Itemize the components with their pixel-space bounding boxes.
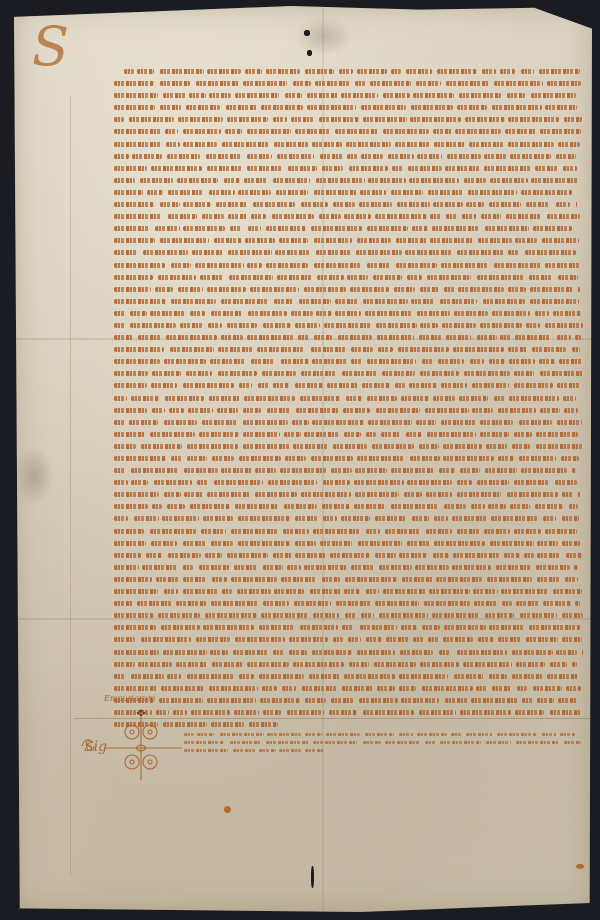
script-word: [422, 359, 433, 364]
script-word: [221, 335, 243, 340]
script-word: [137, 601, 173, 606]
script-word: [391, 504, 440, 509]
script-word: [566, 553, 583, 558]
script-word: [360, 625, 397, 630]
script-word: [184, 468, 218, 473]
script-word: [416, 81, 441, 86]
script-word: [319, 214, 341, 219]
script-word: [477, 480, 509, 485]
script-word: [489, 359, 504, 364]
script-word: [243, 432, 281, 437]
script-word: [558, 698, 577, 703]
script-word: [440, 741, 481, 744]
script-word: [458, 287, 504, 292]
script-word: [430, 238, 473, 243]
script-word: [226, 105, 257, 110]
script-word: [545, 105, 577, 110]
script-word: [472, 408, 492, 413]
script-word: [114, 263, 165, 268]
script-word: [221, 299, 270, 304]
script-word: [263, 323, 291, 328]
script-line: [114, 634, 594, 646]
script-line: [114, 344, 594, 356]
script-word: [114, 565, 139, 570]
closing-word: Empuriarum: [104, 694, 155, 703]
script-word: [361, 613, 374, 618]
script-word: [434, 541, 485, 546]
script-word: [114, 637, 135, 642]
script-word: [151, 166, 201, 171]
script-word: [154, 480, 192, 485]
script-line: [114, 114, 594, 126]
script-word: [478, 637, 495, 642]
script-word: [457, 480, 473, 485]
script-word: [310, 589, 341, 594]
script-word: [183, 129, 221, 134]
script-word: [391, 190, 422, 195]
script-word: [218, 347, 253, 352]
script-word: [413, 637, 425, 642]
script-word: [342, 686, 374, 691]
script-word: [575, 335, 582, 340]
script-word: [160, 202, 180, 207]
script-word: [187, 674, 235, 679]
script-word: [578, 287, 580, 292]
script-word: [314, 335, 333, 340]
script-word: [472, 383, 509, 388]
script-word: [114, 323, 126, 328]
script-word: [273, 117, 286, 122]
script-line: [114, 417, 594, 429]
script-word: [572, 662, 578, 667]
script-word: [367, 263, 391, 268]
script-word: [295, 323, 320, 328]
script-line: [114, 308, 594, 320]
script-word: [492, 105, 542, 110]
script-word: [490, 178, 527, 183]
script-word: [360, 190, 386, 195]
script-word: [365, 733, 394, 736]
script-word: [304, 287, 347, 292]
script-word: [333, 637, 344, 642]
script-word: [329, 710, 357, 715]
script-word: [562, 541, 581, 546]
script-word: [114, 166, 147, 171]
script-word: [492, 686, 511, 691]
script-word: [524, 553, 535, 558]
script-word: [373, 275, 402, 280]
script-word: [366, 589, 379, 594]
script-word: [274, 142, 309, 147]
script-word: [188, 408, 213, 413]
script-word: [339, 69, 354, 74]
script-word: [114, 250, 138, 255]
script-word: [484, 166, 531, 171]
script-word: [319, 117, 359, 122]
script-line: [114, 90, 594, 102]
script-word: [522, 698, 532, 703]
script-word: [180, 323, 203, 328]
script-word: [508, 117, 559, 122]
script-word: [114, 420, 125, 425]
script-word: [231, 577, 277, 582]
script-word: [498, 408, 536, 413]
script-word: [262, 371, 295, 376]
script-word: [114, 456, 166, 461]
script-word: [195, 263, 244, 268]
script-word: [324, 323, 372, 328]
script-word: [176, 601, 206, 606]
script-word: [284, 432, 301, 437]
script-word: [152, 504, 162, 509]
script-word: [114, 190, 143, 195]
script-word: [366, 529, 380, 534]
script-word: [114, 371, 148, 376]
script-word: [114, 383, 147, 388]
script-word: [444, 625, 486, 630]
script-word: [233, 650, 269, 655]
script-word: [453, 347, 503, 352]
script-word: [171, 263, 191, 268]
script-word: [158, 613, 200, 618]
script-word: [251, 359, 275, 364]
script-word: [510, 504, 530, 509]
script-word: [295, 541, 315, 546]
script-line: [114, 199, 594, 211]
script-word: [465, 117, 505, 122]
script-word: [514, 432, 532, 437]
script-word: [512, 444, 531, 449]
script-word: [370, 81, 411, 86]
script-word: [402, 577, 433, 582]
script-word: [562, 613, 582, 618]
script-word: [159, 698, 203, 703]
script-line: [114, 610, 594, 622]
script-word: [248, 311, 287, 316]
script-word: [536, 565, 570, 570]
script-word: [249, 722, 278, 727]
script-word: [205, 553, 222, 558]
script-line: [114, 247, 594, 259]
script-word: [366, 432, 377, 437]
script-word: [486, 444, 507, 449]
script-word: [457, 250, 503, 255]
script-word: [526, 637, 558, 642]
script-word: [500, 335, 511, 340]
script-word: [442, 323, 476, 328]
script-line: [114, 272, 594, 284]
script-word: [248, 226, 261, 231]
script-word: [501, 589, 547, 594]
script-word: [388, 154, 414, 159]
script-word: [300, 396, 340, 401]
script-word: [245, 69, 262, 74]
script-word: [167, 154, 200, 159]
script-word: [314, 263, 362, 268]
script-word: [480, 323, 522, 328]
script-word: [261, 613, 308, 618]
script-word: [114, 432, 145, 437]
script-word: [238, 541, 290, 546]
script-word: [243, 420, 289, 425]
script-word: [516, 662, 545, 667]
script-word: [376, 323, 417, 328]
script-word: [477, 335, 498, 340]
script-word: [288, 166, 317, 171]
script-word: [150, 432, 196, 437]
script-word: [114, 625, 156, 630]
script-word: [327, 383, 357, 388]
script-word: [235, 504, 278, 509]
script-word: [257, 347, 306, 352]
script-word: [406, 432, 422, 437]
script-line: [114, 163, 594, 175]
script-word: [114, 492, 159, 497]
script-word: [201, 529, 226, 534]
script-word: [367, 396, 397, 401]
script-word: [114, 613, 154, 618]
script-word: [341, 516, 370, 521]
script-word: [151, 383, 177, 388]
script-word: [167, 674, 181, 679]
script-word: [434, 516, 448, 521]
script-word: [235, 637, 285, 642]
script-word: [535, 166, 559, 171]
script-word: [386, 637, 410, 642]
script-word: [239, 674, 254, 679]
script-line: [114, 526, 594, 538]
script-word: [446, 335, 471, 340]
script-word: [183, 577, 206, 582]
script-word: [263, 601, 289, 606]
script-word: [498, 637, 523, 642]
script-line: [114, 223, 594, 235]
script-word: [114, 359, 160, 364]
script-word: [131, 674, 164, 679]
script-word: [260, 698, 300, 703]
script-word: [480, 420, 513, 425]
script-word: [158, 275, 196, 280]
script-word: [542, 733, 556, 736]
script-word: [268, 480, 317, 485]
script-word: [315, 81, 350, 86]
script-line: [114, 574, 594, 586]
script-word: [507, 93, 525, 98]
script-word: [363, 741, 380, 744]
script-word: [280, 468, 326, 473]
script-word: [230, 741, 260, 744]
script-word: [114, 504, 148, 509]
script-line: [114, 187, 594, 199]
script-word: [363, 710, 415, 715]
script-word: [207, 166, 242, 171]
script-word: [399, 733, 414, 736]
script-line: [114, 586, 594, 598]
script-word: [277, 154, 314, 159]
script-word: [146, 553, 163, 558]
script-word: [284, 504, 317, 509]
script-word: [184, 741, 224, 744]
script-word: [440, 299, 477, 304]
script-word: [547, 214, 580, 219]
script-word: [357, 238, 391, 243]
script-word: [114, 129, 161, 134]
script-word: [557, 383, 581, 388]
script-word: [569, 504, 578, 509]
script-word: [521, 190, 572, 195]
script-word: [234, 565, 258, 570]
script-word: [408, 166, 442, 171]
script-line: [114, 429, 594, 441]
script-word: [160, 69, 204, 74]
script-word: [459, 396, 488, 401]
script-word: [525, 250, 576, 255]
script-word: [424, 601, 469, 606]
script-word: [564, 117, 581, 122]
script-word: [530, 299, 578, 304]
script-word: [358, 541, 402, 546]
script-line: [114, 683, 594, 695]
script-word: [383, 129, 429, 134]
script-word: [164, 589, 178, 594]
script-word: [357, 69, 387, 74]
script-word: [542, 238, 579, 243]
script-word: [521, 69, 533, 74]
script-word: [437, 69, 476, 74]
script-word: [355, 81, 366, 86]
script-word: [266, 226, 306, 231]
script-word: [417, 154, 441, 159]
script-line: [114, 320, 594, 332]
script-word: [134, 516, 160, 521]
script-word: [362, 383, 390, 388]
script-word: [344, 589, 360, 594]
script-word: [342, 625, 354, 630]
script-word: [383, 589, 426, 594]
script-word: [512, 650, 553, 655]
script-word: [209, 396, 240, 401]
script-line: [184, 747, 594, 755]
script-word: [509, 396, 559, 401]
script-word: [471, 698, 517, 703]
script-word: [244, 396, 296, 401]
script-word: [376, 408, 420, 413]
script-word: [406, 69, 431, 74]
script-word: [351, 565, 375, 570]
script-word: [331, 468, 352, 473]
script-word: [137, 69, 154, 74]
script-word: [183, 565, 193, 570]
script-word: [291, 117, 315, 122]
script-word: [298, 335, 309, 340]
script-word: [294, 601, 331, 606]
script-word: [407, 275, 422, 280]
script-word: [485, 226, 528, 231]
script-word: [190, 504, 230, 509]
script-line: [114, 441, 594, 453]
script-word: [114, 287, 151, 292]
script-word: [545, 529, 577, 534]
script-word: [582, 650, 583, 655]
script-word: [114, 601, 133, 606]
script-word: [322, 166, 344, 171]
script-word: [138, 662, 172, 667]
script-word: [521, 468, 567, 473]
script-word: [480, 432, 509, 437]
script-word: [160, 81, 190, 86]
script-word: [305, 69, 334, 74]
script-word: [375, 553, 396, 558]
script-word: [323, 480, 350, 485]
script-word: [563, 396, 576, 401]
script-word: [266, 69, 300, 74]
script-word: [167, 504, 185, 509]
script-word: [300, 625, 338, 630]
script-line: [114, 66, 594, 78]
script-word: [496, 565, 531, 570]
script-word: [504, 553, 520, 558]
script-word: [455, 129, 501, 134]
script-word: [166, 335, 217, 340]
script-word: [183, 589, 217, 594]
script-word: [312, 359, 348, 364]
script-line: [114, 513, 594, 525]
script-word: [432, 226, 480, 231]
script-word: [124, 69, 134, 74]
script-word: [216, 202, 247, 207]
script-word: [326, 733, 360, 736]
script-word: [301, 202, 328, 207]
script-word: [141, 637, 191, 642]
script-word: [489, 202, 521, 207]
script-word: [311, 456, 354, 461]
script-word: [274, 299, 293, 304]
script-word: [295, 516, 317, 521]
script-word: [218, 371, 258, 376]
script-word: [510, 154, 551, 159]
script-word: [161, 686, 205, 691]
script-word: [247, 263, 262, 268]
script-word: [114, 275, 153, 280]
script-line: [114, 284, 594, 296]
script-word: [487, 577, 533, 582]
script-word: [114, 662, 135, 667]
stain: [224, 806, 231, 813]
script-word: [540, 129, 581, 134]
script-line: [114, 659, 594, 671]
script-word: [576, 202, 577, 207]
script-word: [439, 468, 454, 473]
script-word: [550, 662, 567, 667]
script-word: [512, 674, 542, 679]
script-word: [361, 154, 383, 159]
script-word: [497, 733, 536, 736]
script-word: [273, 553, 291, 558]
script-word: [267, 733, 300, 736]
script-word: [320, 541, 352, 546]
script-word: [433, 129, 452, 134]
script-word: [351, 347, 373, 352]
script-word: [404, 492, 421, 497]
script-word: [533, 226, 572, 231]
script-word: [305, 733, 322, 736]
script-word: [355, 492, 399, 497]
script-word: [500, 69, 516, 74]
script-word: [114, 553, 141, 558]
worm-hole: [304, 30, 310, 36]
script-word: [285, 93, 301, 98]
script-word: [375, 516, 407, 521]
